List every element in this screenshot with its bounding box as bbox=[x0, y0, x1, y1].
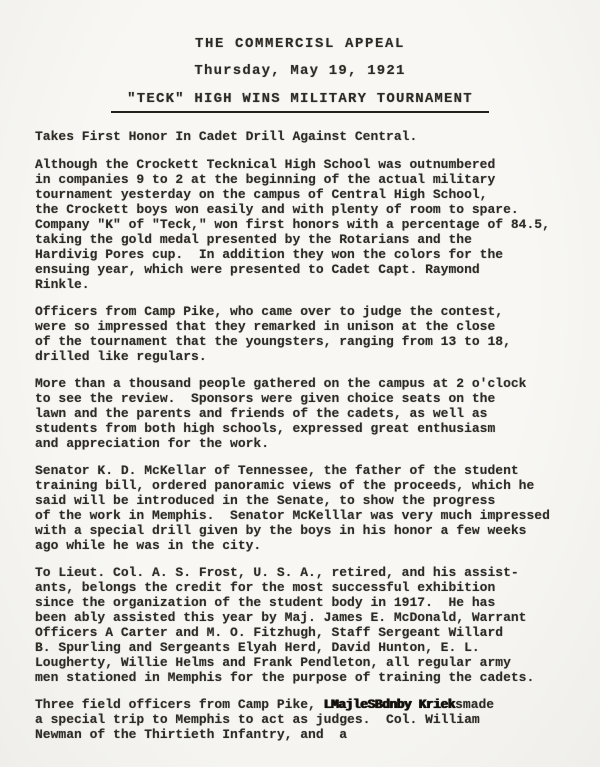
text-line: Officers from Camp Pike, who came over t… bbox=[35, 304, 570, 319]
text-line: tournament yesterday on the campus of Ce… bbox=[35, 187, 570, 202]
text-line: ensuing year, which were presented to Ca… bbox=[35, 262, 570, 277]
text-line: to see the review. Sponsors were given c… bbox=[35, 391, 570, 406]
text-line: Newman of the Thirtieth Infantry, and a bbox=[35, 727, 570, 742]
text-line: taking the gold medal presented by the R… bbox=[35, 232, 570, 247]
text-line: in companies 9 to 2 at the beginning of … bbox=[35, 172, 570, 187]
text-line: Officers A Carter and M. O. Fitzhugh, St… bbox=[35, 625, 570, 640]
text-line: Senator K. D. McKellar of Tennessee, the… bbox=[35, 463, 570, 478]
text-line: the Crockett boys won easily and with pl… bbox=[35, 202, 570, 217]
text-line: ants, belongs the credit for the most su… bbox=[35, 580, 570, 595]
text-line: a special trip to Memphis to act as judg… bbox=[35, 712, 570, 727]
subheading: Takes First Honor In Cadet Drill Against… bbox=[35, 129, 570, 144]
article-body: Takes First Honor In Cadet Drill Against… bbox=[0, 113, 600, 742]
date-line: Thursday, May 19, 1921 bbox=[0, 63, 600, 79]
text-line: of the work in Memphis. Senator McKellla… bbox=[35, 508, 570, 523]
text-line: B. Spurling and Sergeants Elyah Herd, Da… bbox=[35, 640, 570, 655]
text-line: Company "K" of "Teck," won first honors … bbox=[35, 217, 570, 232]
text-line: said will be introduced in the Senate, t… bbox=[35, 493, 570, 508]
text-line: To Lieut. Col. A. S. Frost, U. S. A., re… bbox=[35, 565, 570, 580]
headline: "TECK" HIGH WINS MILITARY TOURNAMENT bbox=[127, 91, 473, 107]
text-line: students from both high schools, express… bbox=[35, 421, 570, 436]
text-line-with-overstrike: Three field officers from Camp Pike, LMa… bbox=[35, 697, 570, 712]
publication-name: THE COMMERCISL APPEAL bbox=[0, 36, 600, 52]
overstrike-text: LMajleSBdnby Kriek bbox=[324, 697, 455, 712]
text-segment: smade bbox=[455, 697, 494, 712]
text-line: men stationed in Memphis for the purpose… bbox=[35, 670, 570, 685]
paragraph-5: To Lieut. Col. A. S. Frost, U. S. A., re… bbox=[35, 565, 570, 685]
article-header: THE COMMERCISL APPEAL Thursday, May 19, … bbox=[0, 0, 600, 113]
paragraph-4: Senator K. D. McKellar of Tennessee, the… bbox=[35, 463, 570, 553]
text-line: Lougherty, Willie Helms and Frank Pendle… bbox=[35, 655, 570, 670]
text-line: Rinkle. bbox=[35, 277, 570, 292]
paragraph-1: Although the Crockett Tecknical High Sch… bbox=[35, 157, 570, 292]
text-line: Although the Crockett Tecknical High Sch… bbox=[35, 157, 570, 172]
text-line: been ably assisted this year by Maj. Jam… bbox=[35, 610, 570, 625]
text-line: were so impressed that they remarked in … bbox=[35, 319, 570, 334]
paragraph-3: More than a thousand people gathered on … bbox=[35, 376, 570, 451]
text-line: training bill, ordered panoramic views o… bbox=[35, 478, 570, 493]
text-line: with a special drill given by the boys i… bbox=[35, 523, 570, 538]
text-segment: Three field officers from Camp Pike, bbox=[35, 697, 324, 712]
scanned-document-page: THE COMMERCISL APPEAL Thursday, May 19, … bbox=[0, 0, 600, 767]
paragraph-2: Officers from Camp Pike, who came over t… bbox=[35, 304, 570, 364]
text-line: since the organization of the student bo… bbox=[35, 595, 570, 610]
text-line: More than a thousand people gathered on … bbox=[35, 376, 570, 391]
paragraph-6: Three field officers from Camp Pike, LMa… bbox=[35, 697, 570, 742]
text-line: of the tournament that the youngsters, r… bbox=[35, 334, 570, 349]
text-line: lawn and the parents and friends of the … bbox=[35, 406, 570, 421]
text-line: ago while he was in the city. bbox=[35, 538, 570, 553]
text-line: Hardivig Pores cup. In addition they won… bbox=[35, 247, 570, 262]
text-line: drilled like regulars. bbox=[35, 349, 570, 364]
headline-underline: "TECK" HIGH WINS MILITARY TOURNAMENT bbox=[111, 89, 489, 113]
text-line: and appreciation for the work. bbox=[35, 436, 570, 451]
